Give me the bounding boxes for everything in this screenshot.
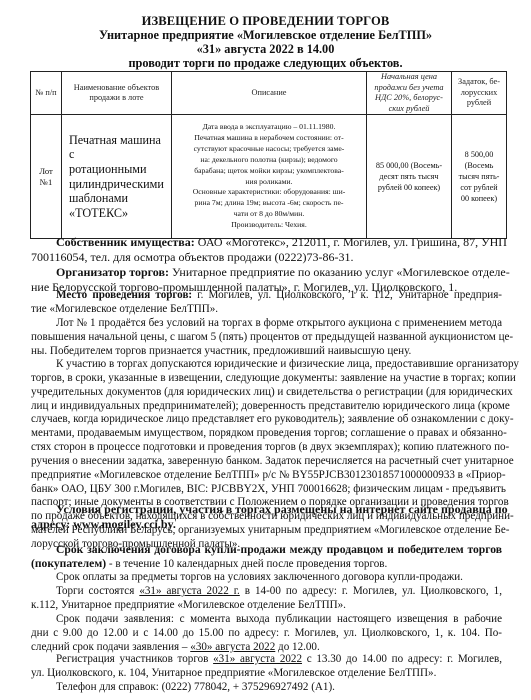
contract-term-text: Срок заключения договора купли-продажи м… (56, 543, 502, 556)
lot-terms-paragraph: Лот № 1 продаётся без условий на торгах … (31, 317, 502, 359)
registration-date: «31» августа 2022 (213, 653, 302, 665)
application-deadline-pre: следний срок подачи заявления – (31, 641, 190, 653)
organizer-text: Унитарное предприятие по оказанию услуг … (169, 265, 510, 279)
organizer-heading: Унитарное предприятие «Могилевское отдел… (0, 28, 531, 43)
col-header-deposit: Задаток, бе-лорусских рублей (452, 72, 507, 115)
registration-pre: Регистрация участников торгов (56, 653, 213, 665)
lot-number-cell: Лот№1 (31, 115, 62, 239)
application-text-1: Срок подачи заявления: с момента выхода … (31, 613, 502, 627)
contract-term-rest: - в течение 10 календарных дней после пр… (106, 558, 387, 570)
paragraph-line: предприятие «Могилевское отделение БелТП… (31, 469, 502, 483)
paragraph-line: стях сторон в процессе подготовки и пров… (31, 441, 502, 455)
lots-table: № п/п Наименование объектов продажи в ло… (30, 71, 507, 239)
registration-text-2: ул. Циолковского, к. 104, Унитарное пред… (31, 667, 502, 681)
lot-description-cell: Дата ввода в эксплуатацию – 01.11.1980.П… (172, 115, 367, 239)
table-row: Лот№1 Печатная машина сротационнымицилин… (31, 115, 507, 239)
venue-label: Место проведения торгов: (56, 289, 192, 301)
contract-paragraph: Срок заключения договора купли-продажи м… (31, 543, 502, 571)
paragraph-line: ментами, продаваемым имуществом, порядко… (31, 427, 502, 441)
lot-name-cell: Печатная машина сротационнымицилиндричес… (62, 115, 172, 239)
auction-date-heading: «31» августа 2022 в 14.00 (0, 42, 531, 57)
col-header-start-price: Начальная цена продажи без учета НДС 20%… (367, 72, 452, 115)
registration-info-paragraph: Условия регистрации, участия в торгах ра… (31, 502, 502, 532)
col-header-description: Описание (172, 72, 367, 115)
payment-text: Срок оплаты за предметы торгов на услови… (31, 571, 502, 585)
venue-text-2: тие «Могилевское отделение БелТПП». (31, 303, 502, 317)
paragraph-line: повышения начальной цены, с шагом 5 (пят… (31, 331, 502, 345)
phone-text: Телефон для справок: (0222) 778042, + 37… (31, 681, 502, 695)
registration-info-text: Условия регистрации, участия в торгах ра… (56, 502, 508, 516)
registration-post: с 13.30 до 14.00 по адресу: г. Могилев, (302, 653, 502, 665)
col-header-name: Наименование объектов продажи в лоте (62, 72, 172, 115)
paragraph-line: лиц и индивидуальных предпринимателей); … (31, 400, 502, 414)
owner-text: ОАО «Моготекс», 212011, г. Могилев, ул. … (195, 235, 507, 249)
table-header-row: № п/п Наименование объектов продажи в ло… (31, 72, 507, 115)
deposit-cell: 8 500,00(Восемьтысяч пять-сот рублей00 к… (452, 115, 507, 239)
paragraph-line: Лот № 1 продаётся без условий на торгах … (31, 317, 502, 331)
owner-text-2: 700116054, тел. для осмотра объектов про… (31, 250, 502, 265)
paragraph-line: случаев, когда юридическое лицо представ… (31, 413, 502, 427)
paragraph-line: ны. Победителем торгов признается участн… (31, 345, 502, 359)
notice-title: ИЗВЕЩЕНИЕ О ПРОВЕДЕНИИ ТОРГОВ (0, 14, 531, 29)
owner-label: Собственник имущества: (56, 235, 195, 249)
application-text-2: дни с 9.00 до 12.00 и с 14.00 до 15.00 п… (31, 627, 502, 641)
payment-paragraph: Срок оплаты за предметы торгов на услови… (31, 571, 502, 585)
venue-text: г. Могилев, ул. Циолковского, 1 к. 112, … (192, 289, 502, 301)
paragraph-line: ручения о внесении задатка, заверенную б… (31, 455, 502, 469)
application-deadline-post: до 12.00. (275, 641, 319, 653)
col-header-number: № п/п (31, 72, 62, 115)
paragraph-line: учредительных документов (для юридически… (31, 386, 502, 400)
owner-paragraph: Собственник имущества: ОАО «Моготекс», 2… (31, 235, 502, 265)
auction-pre: Торги состоятся (56, 585, 139, 597)
auction-text-2: к.112, Унитарное предприятие «Могилевско… (31, 599, 502, 613)
application-paragraph: Срок подачи заявления: с момента выхода … (31, 613, 502, 655)
paragraph-line: банк» ОАО, ЦБУ 300 г.Могилев, BIC: PJCBB… (31, 483, 502, 497)
application-deadline-date: «30» августа 2022 (190, 641, 275, 653)
auction-post: в 14-00 по адресу: г. Могилев, ул. Циолк… (240, 585, 502, 597)
paragraph-line: К участию в торгах допускаются юридическ… (31, 358, 502, 372)
organizer-label: Организатор торгов: (56, 265, 169, 279)
auction-date: «31» августа 2022 г. (139, 585, 239, 597)
registration-info-website[interactable]: адресу: www.mogilev.cci.by. (31, 517, 176, 531)
contract-buyer-label: (покупателем) (31, 557, 106, 570)
registration-paragraph: Регистрация участников торгов «31» авгус… (31, 653, 502, 695)
notice-subtitle: проводит торги по продаже следующих объе… (0, 56, 531, 71)
auction-paragraph: Торги состоятся «31» августа 2022 г. в 1… (31, 585, 502, 613)
venue-paragraph: Место проведения торгов: г. Могилев, ул.… (31, 289, 502, 317)
start-price-cell: 85 000,00 (Восемь-десят пять тысячрублей… (367, 115, 452, 239)
paragraph-line: торгов, в сроки, указанные в извещении, … (31, 372, 502, 386)
